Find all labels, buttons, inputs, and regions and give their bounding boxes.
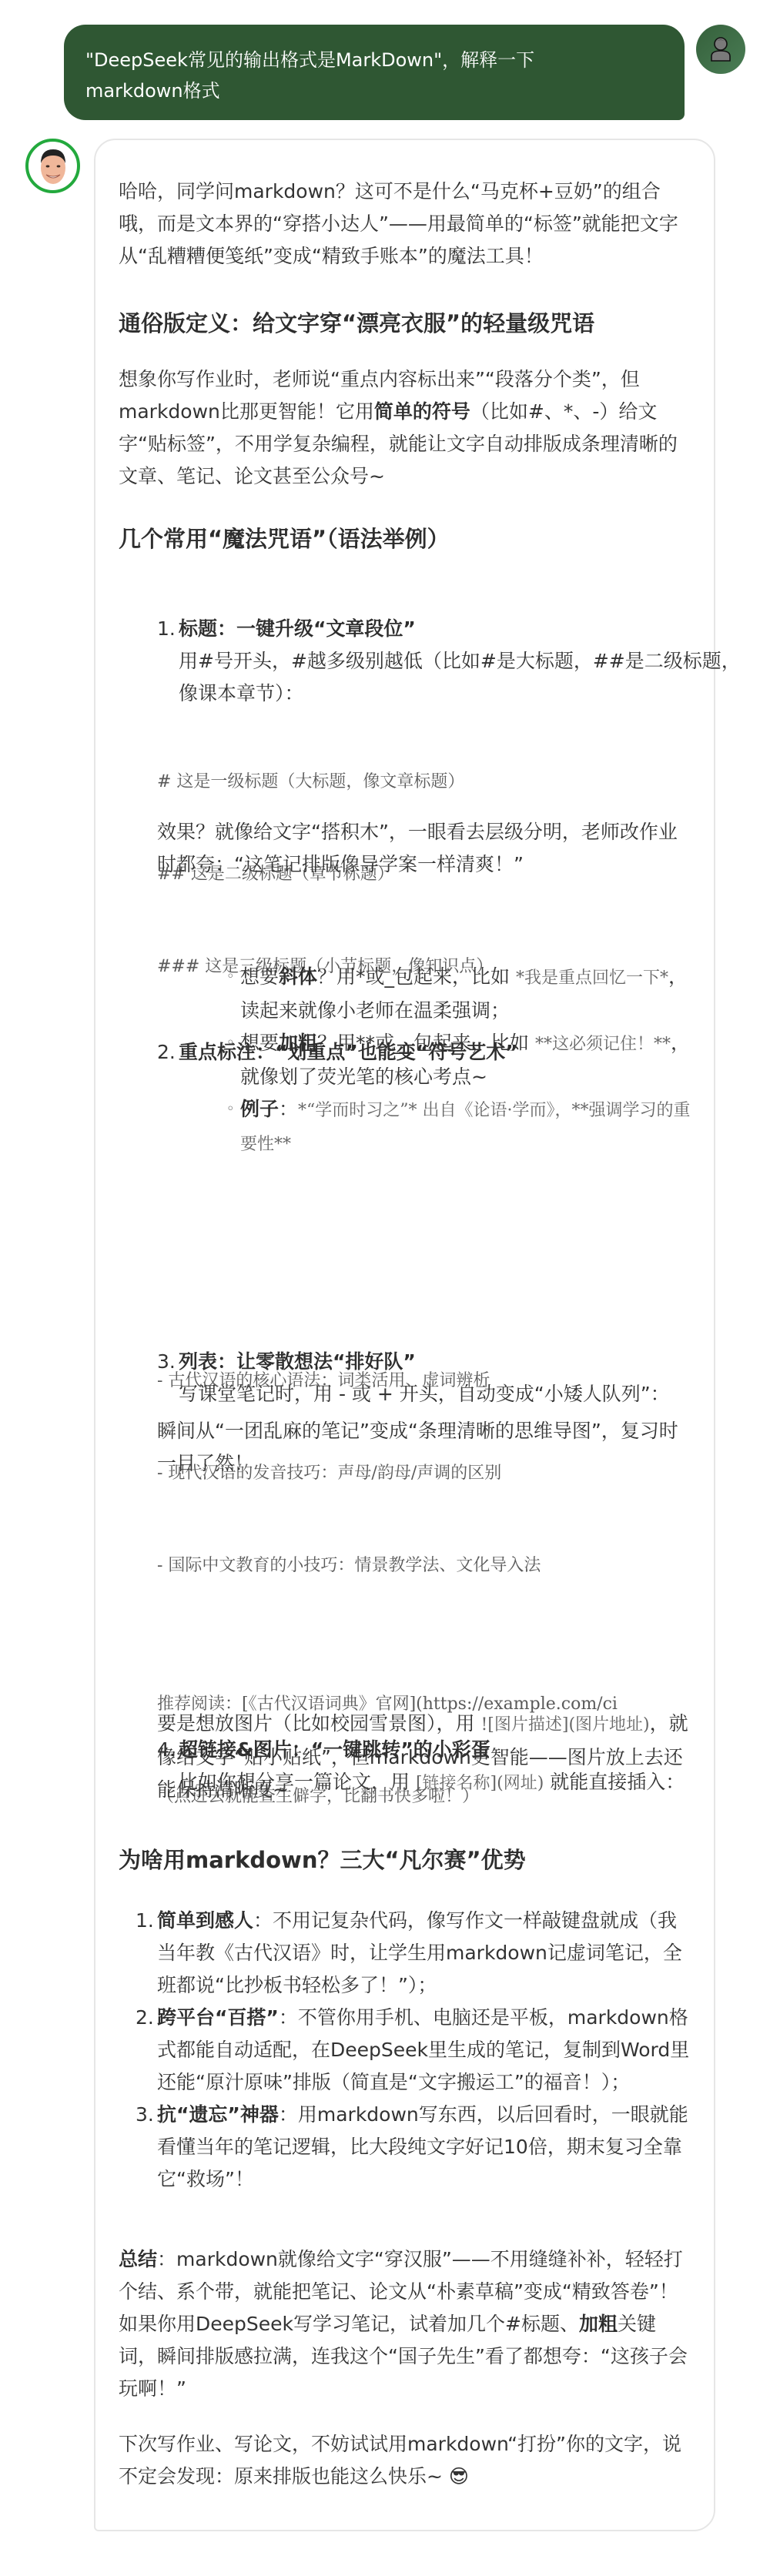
circle-bullet-icon: ◦ [226,1027,235,1059]
bullet-bold: 加粗 [279,1032,317,1054]
section-heading-advantages: 为啥用markdown？三大“凡尔赛”优势 [119,1845,691,1875]
assistant-avatar[interactable] [25,139,80,193]
advantages-list: 1. 简单到感人：不用记复杂代码，像写作文一样敲键盘就成（我当年教《古代汉语》时… [157,1905,691,2196]
user-message-line1: "DeepSeek常见的输出格式是MarkDown"，解释一下 [85,45,663,75]
bullet-bold: 斜体 [279,965,317,988]
advantage-title: 抗“遗忘”神器 [157,2103,279,2126]
bullet-text: 想要 [240,1032,279,1054]
closing-paragraph: 下次写作业、写论文，不妨试试用markdown“打扮”你的文字，说不定会发现：原… [119,2428,691,2493]
item-number: 2. [157,1036,176,1069]
code-line: - 古代汉语的核心语法：词类活用、虚词辨析 [157,1366,691,1397]
user-message-line2: markdown格式 [85,75,663,106]
bullet-text: ： [279,1098,298,1120]
lists-effect-text: 瞬间从“一团乱麻的笔记”变成“条理清晰的思维导图”，复习时一目了然！ [157,1415,691,1480]
bullet-text: ？用*或_包起来，比如 [317,965,516,988]
bullet-italic: ◦ 想要斜体？用*或_包起来，比如 *我是重点回忆一下*，读起来就像小老师在温柔… [240,961,691,1027]
user-message-row: "DeepSeek常见的输出格式是MarkDown"，解释一下 markdown… [64,25,749,120]
advantage-item: 2. 跨平台“百搭”：不管你用手机、电脑还是平板，markdown格式都能自动适… [157,2002,691,2099]
intro-paragraph: 哈哈，同学问markdown？这可不是什么“马克杯+豆奶”的组合哦，而是文本界的… [119,176,691,273]
emphasis-bullet-list: ◦ 想要斜体？用*或_包起来，比如 *我是重点回忆一下*，读起来就像小老师在温柔… [240,961,691,1161]
user-message-bubble: "DeepSeek常见的输出格式是MarkDown"，解释一下 markdown… [64,25,685,120]
advantage-title: 跨平台“百搭” [157,2006,279,2029]
bullet-bold-syntax: ◦ 想要加粗？用**或__包起来，比如 **这必须记住！**，就像划了荧光笔的核… [240,1027,691,1093]
summary-paragraph: 总结：markdown就像给文字“穿汉服”——不用缝缝补补，轻轻打个结、系个带，… [119,2243,691,2405]
image-syntax-text: 要是想放图片（比如校园雪景图），用 ![图片描述](图片地址)，就像给文字“贴小… [157,1708,691,1806]
bullet-text: 想要 [240,965,279,988]
item-title: 标题：一键升级“文章段位” [179,613,751,645]
item-description: 用#号开头，#越多级别越低（比如#是大标题，##是二级标题，像课本章节）： [179,645,751,710]
bullet-example: ◦ 例子：*“学而时习之”* 出自《论语·学而》，**强调学习的重要性** [240,1093,691,1161]
definition-paragraph: 想象你写作业时，老师说“重点内容标出来”“段落分个类”，但markdown比那更… [119,363,691,493]
definition-bold: 简单的符号 [374,400,470,423]
item-number: 1. [136,1905,154,1937]
advantage-item: 1. 简单到感人：不用记复杂代码，像写作文一样敲键盘就成（我当年教《古代汉语》时… [157,1905,691,2002]
inline-code: **这必须记住！** [535,1035,671,1054]
section-heading-syntax: 几个常用“魔法咒语”（语法举例） [119,524,691,554]
inline-code: ![图片描述](图片地址) [480,1715,649,1735]
advantage-item: 3. 抗“遗忘”神器：用markdown写东西，以后回看时，一眼就能看懂当年的笔… [157,2099,691,2196]
syntax-item-headings: 1. 标题：一键升级“文章段位” 用#号开头，#越多级别越低（比如#是大标题，#… [179,613,751,710]
user-silhouette-icon [709,36,732,62]
bullet-text: ？用**或__包起来，比如 [317,1032,535,1054]
circle-bullet-icon: ◦ [226,961,235,993]
inline-code: *“学而时习之”* 出自《论语·学而》，**强调学习的重要性** [240,1101,691,1154]
assistant-message-bubble: 哈哈，同学问markdown？这可不是什么“马克杯+豆奶”的组合哦，而是文本界的… [94,139,715,2531]
bullet-bold: 例子 [240,1098,279,1120]
user-avatar[interactable] [696,25,745,74]
item-number: 1. [157,613,176,645]
summary-bold: 加粗 [579,2313,618,2335]
summary-label: 总结 [119,2248,157,2270]
sunglasses-emoji-icon: 😎 [449,2465,469,2487]
item-number: 2. [136,2002,154,2034]
code-line: # 这是一级标题（大标题，像文章标题） [157,767,691,798]
section-heading-definition: 通俗版定义：给文字穿“漂亮衣服”的轻量级咒语 [119,308,691,339]
code-line: - 国际中文教育的小技巧：情景教学法、文化导入法 [157,1551,691,1581]
headings-effect-text: 效果？就像给文字“搭积木”，一眼看去层级分明，老师改作业时都夸：“这笔记排版像导… [157,816,691,881]
assistant-portrait-icon [36,145,70,188]
item-number: 3. [136,2099,154,2131]
inline-code: *我是重点回忆一下* [516,969,668,988]
closing-text: 下次写作业、写论文，不妨试试用markdown“打扮”你的文字，说不定会发现：原… [119,2433,681,2487]
circle-bullet-icon: ◦ [226,1093,235,1126]
advantage-title: 简单到感人 [157,1909,253,1932]
image-text: 要是想放图片（比如校园雪景图），用 [157,1712,480,1735]
